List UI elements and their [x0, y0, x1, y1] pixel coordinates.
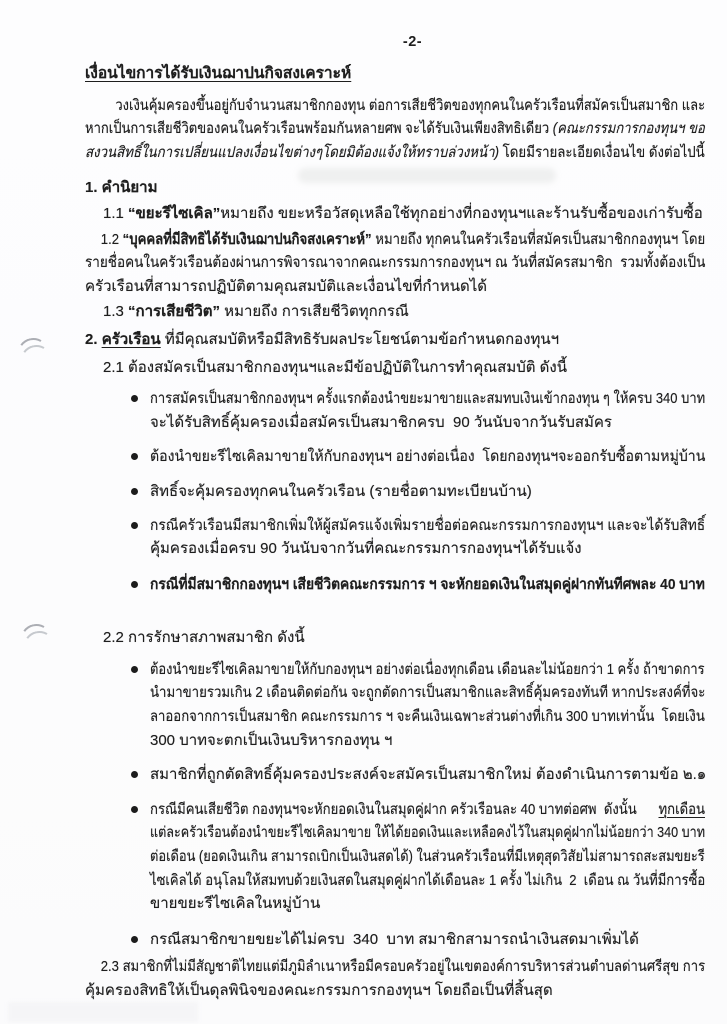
text-line: เงื่อนไขการได้รับเงินฌาปนกิจสงเคราะห์ [85, 62, 705, 86]
bullet-text: กรณีสมาชิกขายขยะได้ไม่ครบ 340 บาท สมาชิก… [150, 928, 705, 952]
page-number: -2- [104, 0, 721, 50]
text-line: ไซเคิลได้ อนุโลมให้สมทบด้วยเงินสดในสมุดค… [150, 869, 633, 893]
text-line: กรณีสมาชิกขายขยะได้ไม่ครบ 340 บาท สมาชิก… [150, 928, 705, 952]
binder-ring-mark-bottom [21, 624, 55, 646]
text-line: 1.3 “การเสียชีวิต” หมายถึง การเสียชีวิตท… [85, 300, 705, 324]
text-line: ต้องนำขยะรีไซเคิลมาขายให้กับกองทุนฯ อย่า… [150, 445, 671, 469]
text-line: กรณีที่มีสมาชิกกองทุนฯ เสียชีวิตคณะกรรมก… [150, 573, 659, 597]
text-line: คุ้มครองเมื่อครบ 90 วันนับจากวันที่คณะกร… [150, 537, 705, 561]
scanned-document-page: -2- เงื่อนไขการได้รับเงินฌาปนกิจสงเคราะห… [0, 0, 727, 1024]
text-line: คุ้มครองสิทธิให้เป็นดุลพินิจของคณะกรรมกา… [85, 979, 705, 1003]
text-line: รายชื่อคนในครัวเรือนต้องผ่านการพิจารณาจา… [85, 251, 644, 275]
clause-2-1-bullet-2: ต้องนำขยะรีไซเคิลมาขายให้กับกองทุนฯ อย่า… [85, 445, 705, 469]
text-line: ต้องนำขยะรีไซเคิลมาขายให้กับกองทุนฯ อย่า… [150, 658, 628, 682]
text-line: 1.1 “ขยะรีไซเคิล”หมายถึง ขยะหรือวัสดุเหล… [85, 202, 705, 226]
bullet-text: ต้องนำขยะรีไซเคิลมาขายให้กับกองทุนฯ อย่า… [150, 445, 705, 469]
clause-2-2: 2.2 การรักษาสภาพสมาชิก ดังนี้ [85, 626, 705, 650]
clause-2-2-bullet-3: กรณีมีคนเสียชีวิต กองทุนฯจะหักยอดเงินในส… [85, 798, 705, 916]
clause-1-2: 1.2 “บุคคลที่มีสิทธิได้รับเงินฌาปนกิจสงเ… [85, 228, 705, 299]
section-1-heading: 1. คำนิยาม [85, 176, 705, 200]
clause-2-2-bullet-1: ต้องนำขยะรีไซเคิลมาขายให้กับกองทุนฯ อย่า… [85, 658, 705, 752]
clause-2-2-bullet-2: สมาชิกที่ถูกตัดสิทธิ์คุ้มครองประสงค์จะสม… [85, 763, 705, 787]
document-content: เงื่อนไขการได้รับเงินฌาปนกิจสงเคราะห์วงเ… [85, 62, 705, 1003]
text-line: ครัวเรือนที่สามารถปฏิบัติตามคุณสมบัติและ… [85, 275, 705, 299]
bullet-icon [131, 806, 138, 813]
bullet-icon [131, 453, 138, 460]
text-line: 2.2 การรักษาสภาพสมาชิก ดังนี้ [85, 626, 705, 650]
bullet-text: สิทธิ์จะคุ้มครองทุกคนในครัวเรือน (รายชื่… [150, 480, 705, 504]
clause-2-2-bullet-4: กรณีสมาชิกขายขยะได้ไม่ครบ 340 บาท สมาชิก… [85, 928, 705, 952]
text-line: แต่ละครัวเรือนต้องนำขยะรีไซเคิลมาขาย ให้… [150, 821, 616, 845]
text-line: วงเงินคุ้มครองขึ้นอยู่กับจำนวนสมาชิกกองท… [85, 94, 623, 118]
clause-2-3: 2.3 สมาชิกที่ไม่มีสัญชาติไทยแต่มีภูมิลำเ… [85, 955, 705, 1002]
text-line: กรณีมีคนเสียชีวิต กองทุนฯจะหักยอดเงินในส… [150, 798, 635, 822]
document-title: เงื่อนไขการได้รับเงินฌาปนกิจสงเคราะห์ [85, 62, 705, 86]
bullet-text: สมาชิกที่ถูกตัดสิทธิ์คุ้มครองประสงค์จะสม… [150, 763, 705, 787]
bullet-icon [131, 488, 138, 495]
clause-2-1: 2.1 ต้องสมัครเป็นสมาชิกกองทุนฯและมีข้อปฏ… [85, 356, 705, 380]
bullet-icon [131, 771, 138, 778]
text-line: 2. ครัวเรือน ที่มีคุณสมบัติหรือมีสิทธิรั… [85, 328, 705, 352]
text-line: การสมัครเป็นสมาชิกกองทุนฯ ครั้งแรกต้องนำ… [150, 387, 630, 411]
section-2-heading: 2. ครัวเรือน ที่มีคุณสมบัติหรือมีสิทธิรั… [85, 328, 705, 352]
bullet-icon [131, 581, 138, 588]
clause-1-3: 1.3 “การเสียชีวิต” หมายถึง การเสียชีวิตท… [85, 300, 705, 324]
bullet-icon [131, 936, 138, 943]
bullet-text: กรณีมีคนเสียชีวิต กองทุนฯจะหักยอดเงินในส… [150, 798, 705, 916]
clause-2-1-bullet-5: กรณีที่มีสมาชิกกองทุนฯ เสียชีวิตคณะกรรมก… [85, 573, 705, 597]
bullet-icon [131, 666, 138, 673]
text-line: 1. คำนิยาม [85, 176, 705, 200]
clause-1-1: 1.1 “ขยะรีไซเคิล”หมายถึง ขยะหรือวัสดุเหล… [85, 202, 705, 226]
bullet-text: การสมัครเป็นสมาชิกกองทุนฯ ครั้งแรกต้องนำ… [150, 387, 705, 434]
text-line: 1.2 “บุคคลที่มีสิทธิได้รับเงินฌาปนกิจสงเ… [85, 228, 628, 252]
text-line: สิทธิ์จะคุ้มครองทุกคนในครัวเรือน (รายชื่… [150, 480, 705, 504]
clause-2-1-bullet-1: การสมัครเป็นสมาชิกกองทุนฯ ครั้งแรกต้องนำ… [85, 387, 705, 434]
text-line: จะได้รับสิทธิ์คุ้มครองเมื่อสมัครเป็นสมาช… [150, 411, 705, 435]
scan-edge-artifact [8, 1002, 198, 1022]
text-line: นำมาขายรวมเกิน 2 เดือนติดต่อกัน จะถูกตัด… [150, 681, 640, 705]
clause-2-1-bullet-3: สิทธิ์จะคุ้มครองทุกคนในครัวเรือน (รายชื่… [85, 480, 705, 504]
text-line: 300 บาทจะตกเป็นเงินบริหารกองทุน ฯ [150, 729, 705, 753]
binder-ring-mark-top [18, 338, 52, 360]
clause-2-1-bullet-4: กรณีครัวเรือนมีสมาชิกเพิ่มให้ผู้สมัครแจ้… [85, 514, 705, 561]
intro-paragraph: วงเงินคุ้มครองขึ้นอยู่กับจำนวนสมาชิกกองท… [85, 94, 705, 165]
text-line: สงวนสิทธิ์ในการเปลี่ยนแปลงเงื่อนไขต่างๆโ… [85, 141, 633, 165]
text-line: 2.3 สมาชิกที่ไม่มีสัญชาติไทยแต่มีภูมิลำเ… [85, 955, 626, 979]
text-line: ต่อเดือน (ยอดเงินเกิน สามารถเบิกเป็นเงิน… [150, 845, 626, 869]
bullet-text: กรณีครัวเรือนมีสมาชิกเพิ่มให้ผู้สมัครแจ้… [150, 514, 705, 561]
text-line: ลาออกจากการเป็นสมาชิก คณะกรรมการ ฯ จะคืน… [150, 705, 636, 729]
bullet-icon [131, 522, 138, 529]
bullet-text: กรณีที่มีสมาชิกกองทุนฯ เสียชีวิตคณะกรรมก… [150, 573, 705, 597]
text-line: 2.1 ต้องสมัครเป็นสมาชิกกองทุนฯและมีข้อปฏ… [85, 356, 705, 380]
text-line: กรณีครัวเรือนมีสมาชิกเพิ่มให้ผู้สมัครแจ้… [150, 514, 658, 538]
bullet-icon [131, 395, 138, 402]
bullet-text: ต้องนำขยะรีไซเคิลมาขายให้กับกองทุนฯ อย่า… [150, 658, 705, 752]
text-line: สมาชิกที่ถูกตัดสิทธิ์คุ้มครองประสงค์จะสม… [150, 763, 705, 787]
text-line: หากเป็นการเสียชีวิตของคนในครัวเรือนพร้อม… [85, 117, 623, 141]
text-line: ขายขยะรีไซเคิลในหมู่บ้าน [150, 892, 705, 916]
